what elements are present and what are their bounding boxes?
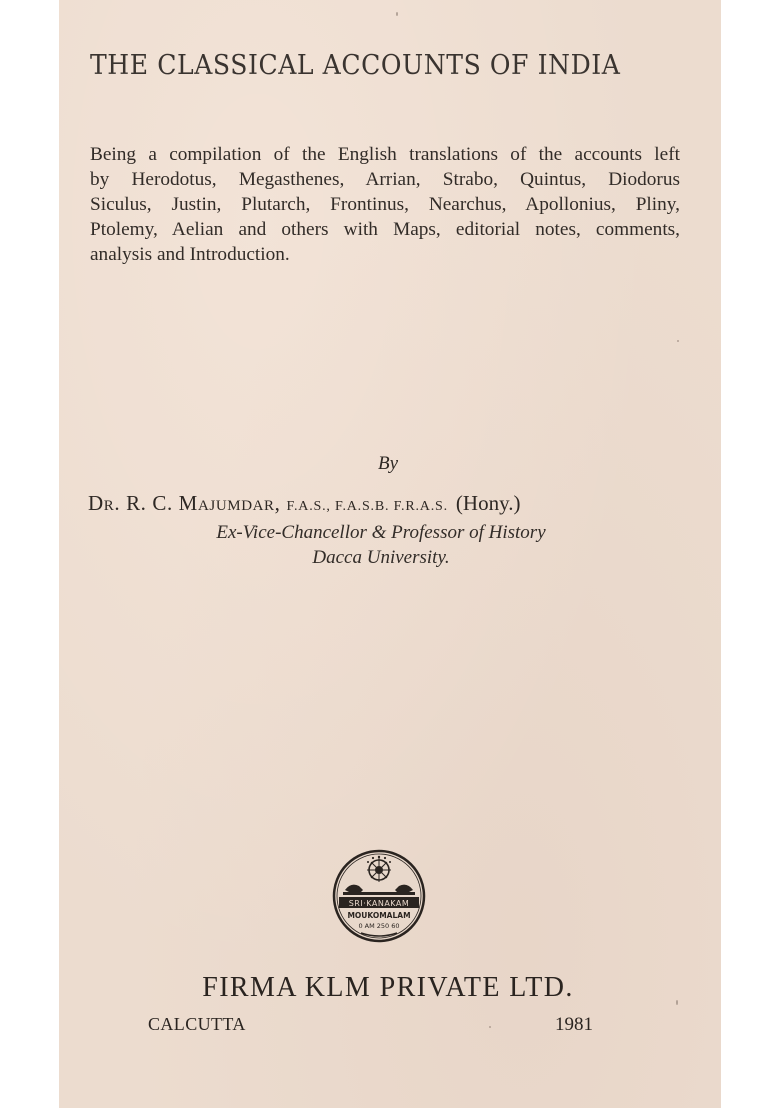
paper-speck [396, 12, 398, 16]
by-label: By [378, 453, 398, 474]
svg-text:0 AM 250 60: 0 AM 250 60 [358, 922, 399, 930]
publisher-name: FIRMA KLM PRIVATE LTD. [202, 972, 574, 1003]
paper-speck [676, 1000, 678, 1005]
publisher-seal-icon: SRI·KANAKAM MOUKOMALAM 0 AM 250 60 [331, 848, 427, 944]
subtitle-line: Being a compilation of the English trans… [90, 142, 680, 167]
book-title: THE CLASSICAL ACCOUNTS OF INDIA [90, 50, 648, 81]
publisher-city: CALCUTTA [148, 1014, 246, 1035]
book-subtitle: Being a compilation of the English trans… [90, 142, 680, 267]
publication-year: 1981 [555, 1014, 593, 1036]
paper-speck [677, 340, 679, 342]
author-line: Dr. R. C. Majumdar,F.A.S., F.A.S.B. F.R.… [88, 491, 678, 516]
author-affiliation: Ex-Vice-Chancellor & Professor of Histor… [59, 520, 721, 570]
by-label-row: By [59, 453, 721, 475]
title-page: THE CLASSICAL ACCOUNTS OF INDIA Being a … [59, 0, 721, 1108]
author-honorary: (Hony.) [456, 491, 521, 515]
svg-text:MOUKOMALAM: MOUKOMALAM [347, 911, 410, 920]
author-institution: Dacca University. [50, 545, 712, 570]
paper-speck [489, 1026, 491, 1028]
svg-text:SRI·KANAKAM: SRI·KANAKAM [349, 899, 410, 908]
subtitle-line: analysis and Introduction. [90, 242, 680, 267]
author-position: Ex-Vice-Chancellor & Professor of Histor… [50, 520, 712, 545]
subtitle-line: Siculus, Justin, Plutarch, Frontinus, Ne… [90, 192, 680, 217]
subtitle-line: by Herodotus, Megasthenes, Arrian, Strab… [90, 167, 680, 192]
subtitle-line: Ptolemy, Aelian and others with Maps, ed… [90, 217, 680, 242]
publisher-name-row: FIRMA KLM PRIVATE LTD. [59, 972, 721, 1004]
author-name: Dr. R. C. Majumdar, [88, 491, 281, 515]
author-qualifications: F.A.S., F.A.S.B. F.R.A.S. [287, 499, 448, 514]
